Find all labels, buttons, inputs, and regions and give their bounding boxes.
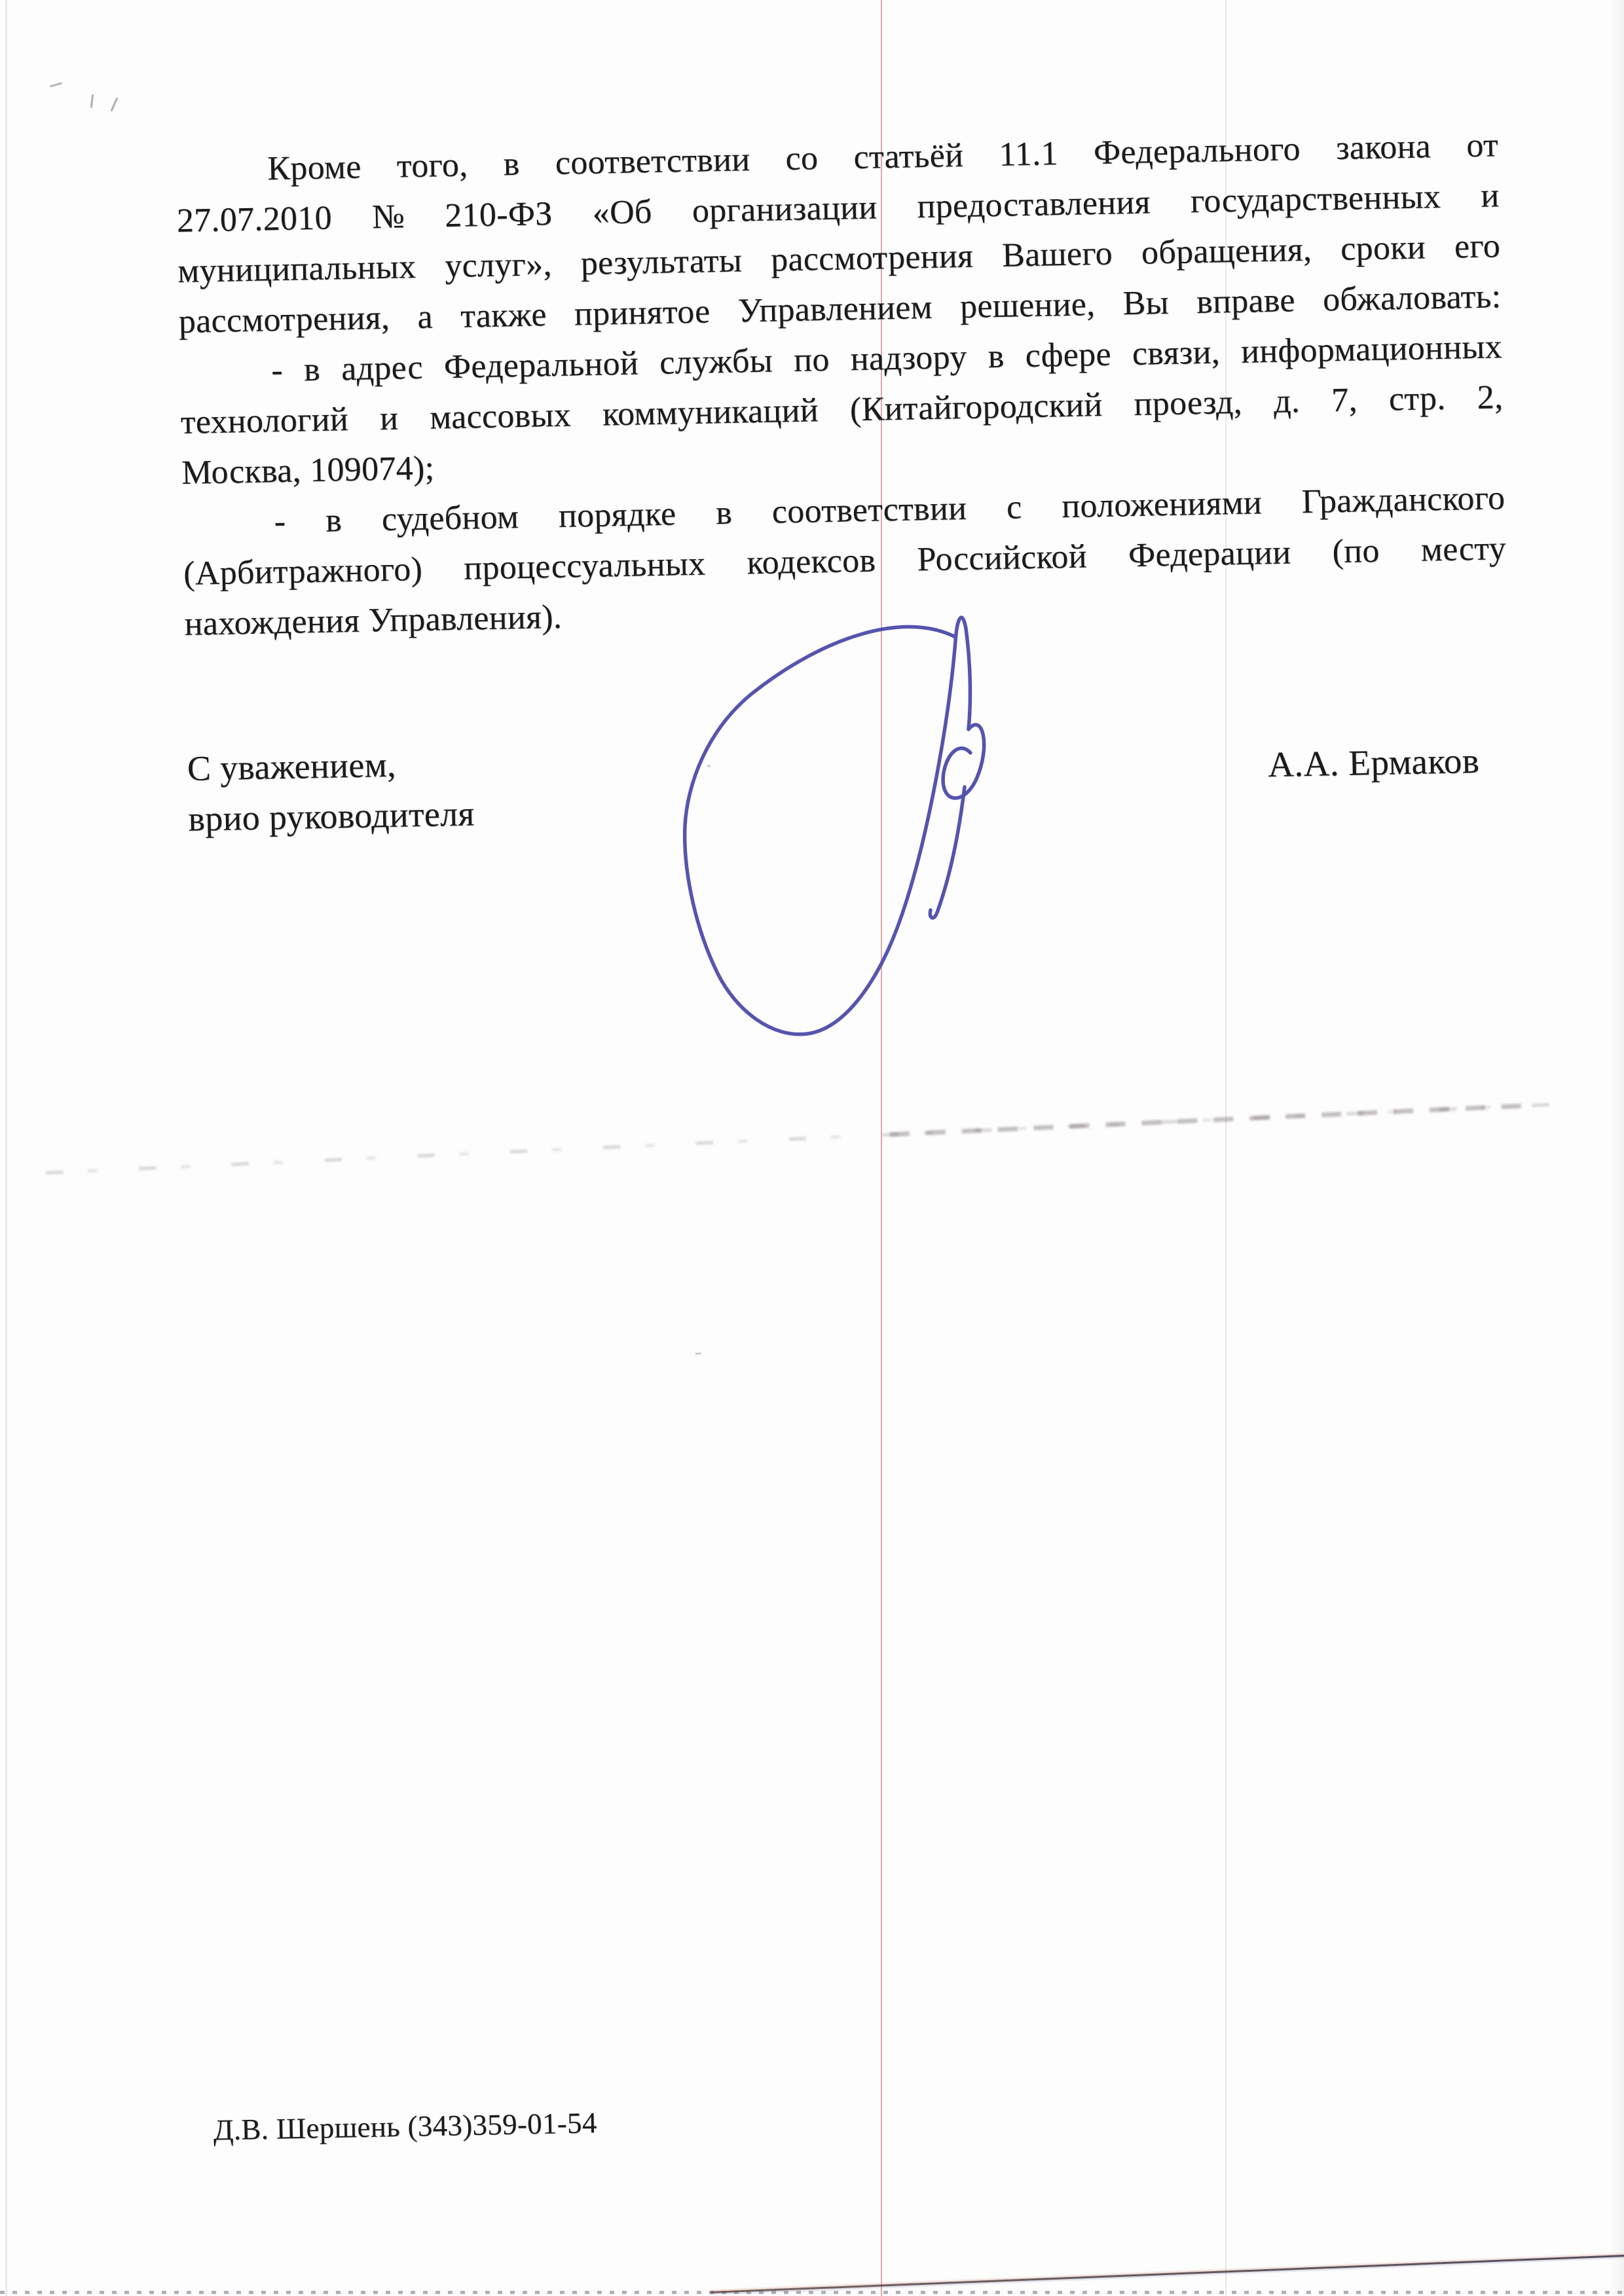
closing-block: С уважением, врио руководителя — [187, 734, 686, 845]
footer-contact: Д.В. Шершень (343)359-01-54 — [213, 2105, 597, 2147]
closing-respect: С уважением, — [187, 734, 685, 794]
letter-content: Крометого,всоответствиисостатьёй11.1Феде… — [0, 0, 1624, 2296]
scanned-letter-page: Крометого,всоответствиисостатьёй11.1Феде… — [0, 0, 1624, 2296]
closing-title: врио руководителя — [188, 784, 686, 845]
letter-body-text: Крометого,всоответствиисостатьёй11.1Феде… — [175, 120, 1507, 649]
signer-name: А.А. Ермаков — [1268, 740, 1480, 785]
